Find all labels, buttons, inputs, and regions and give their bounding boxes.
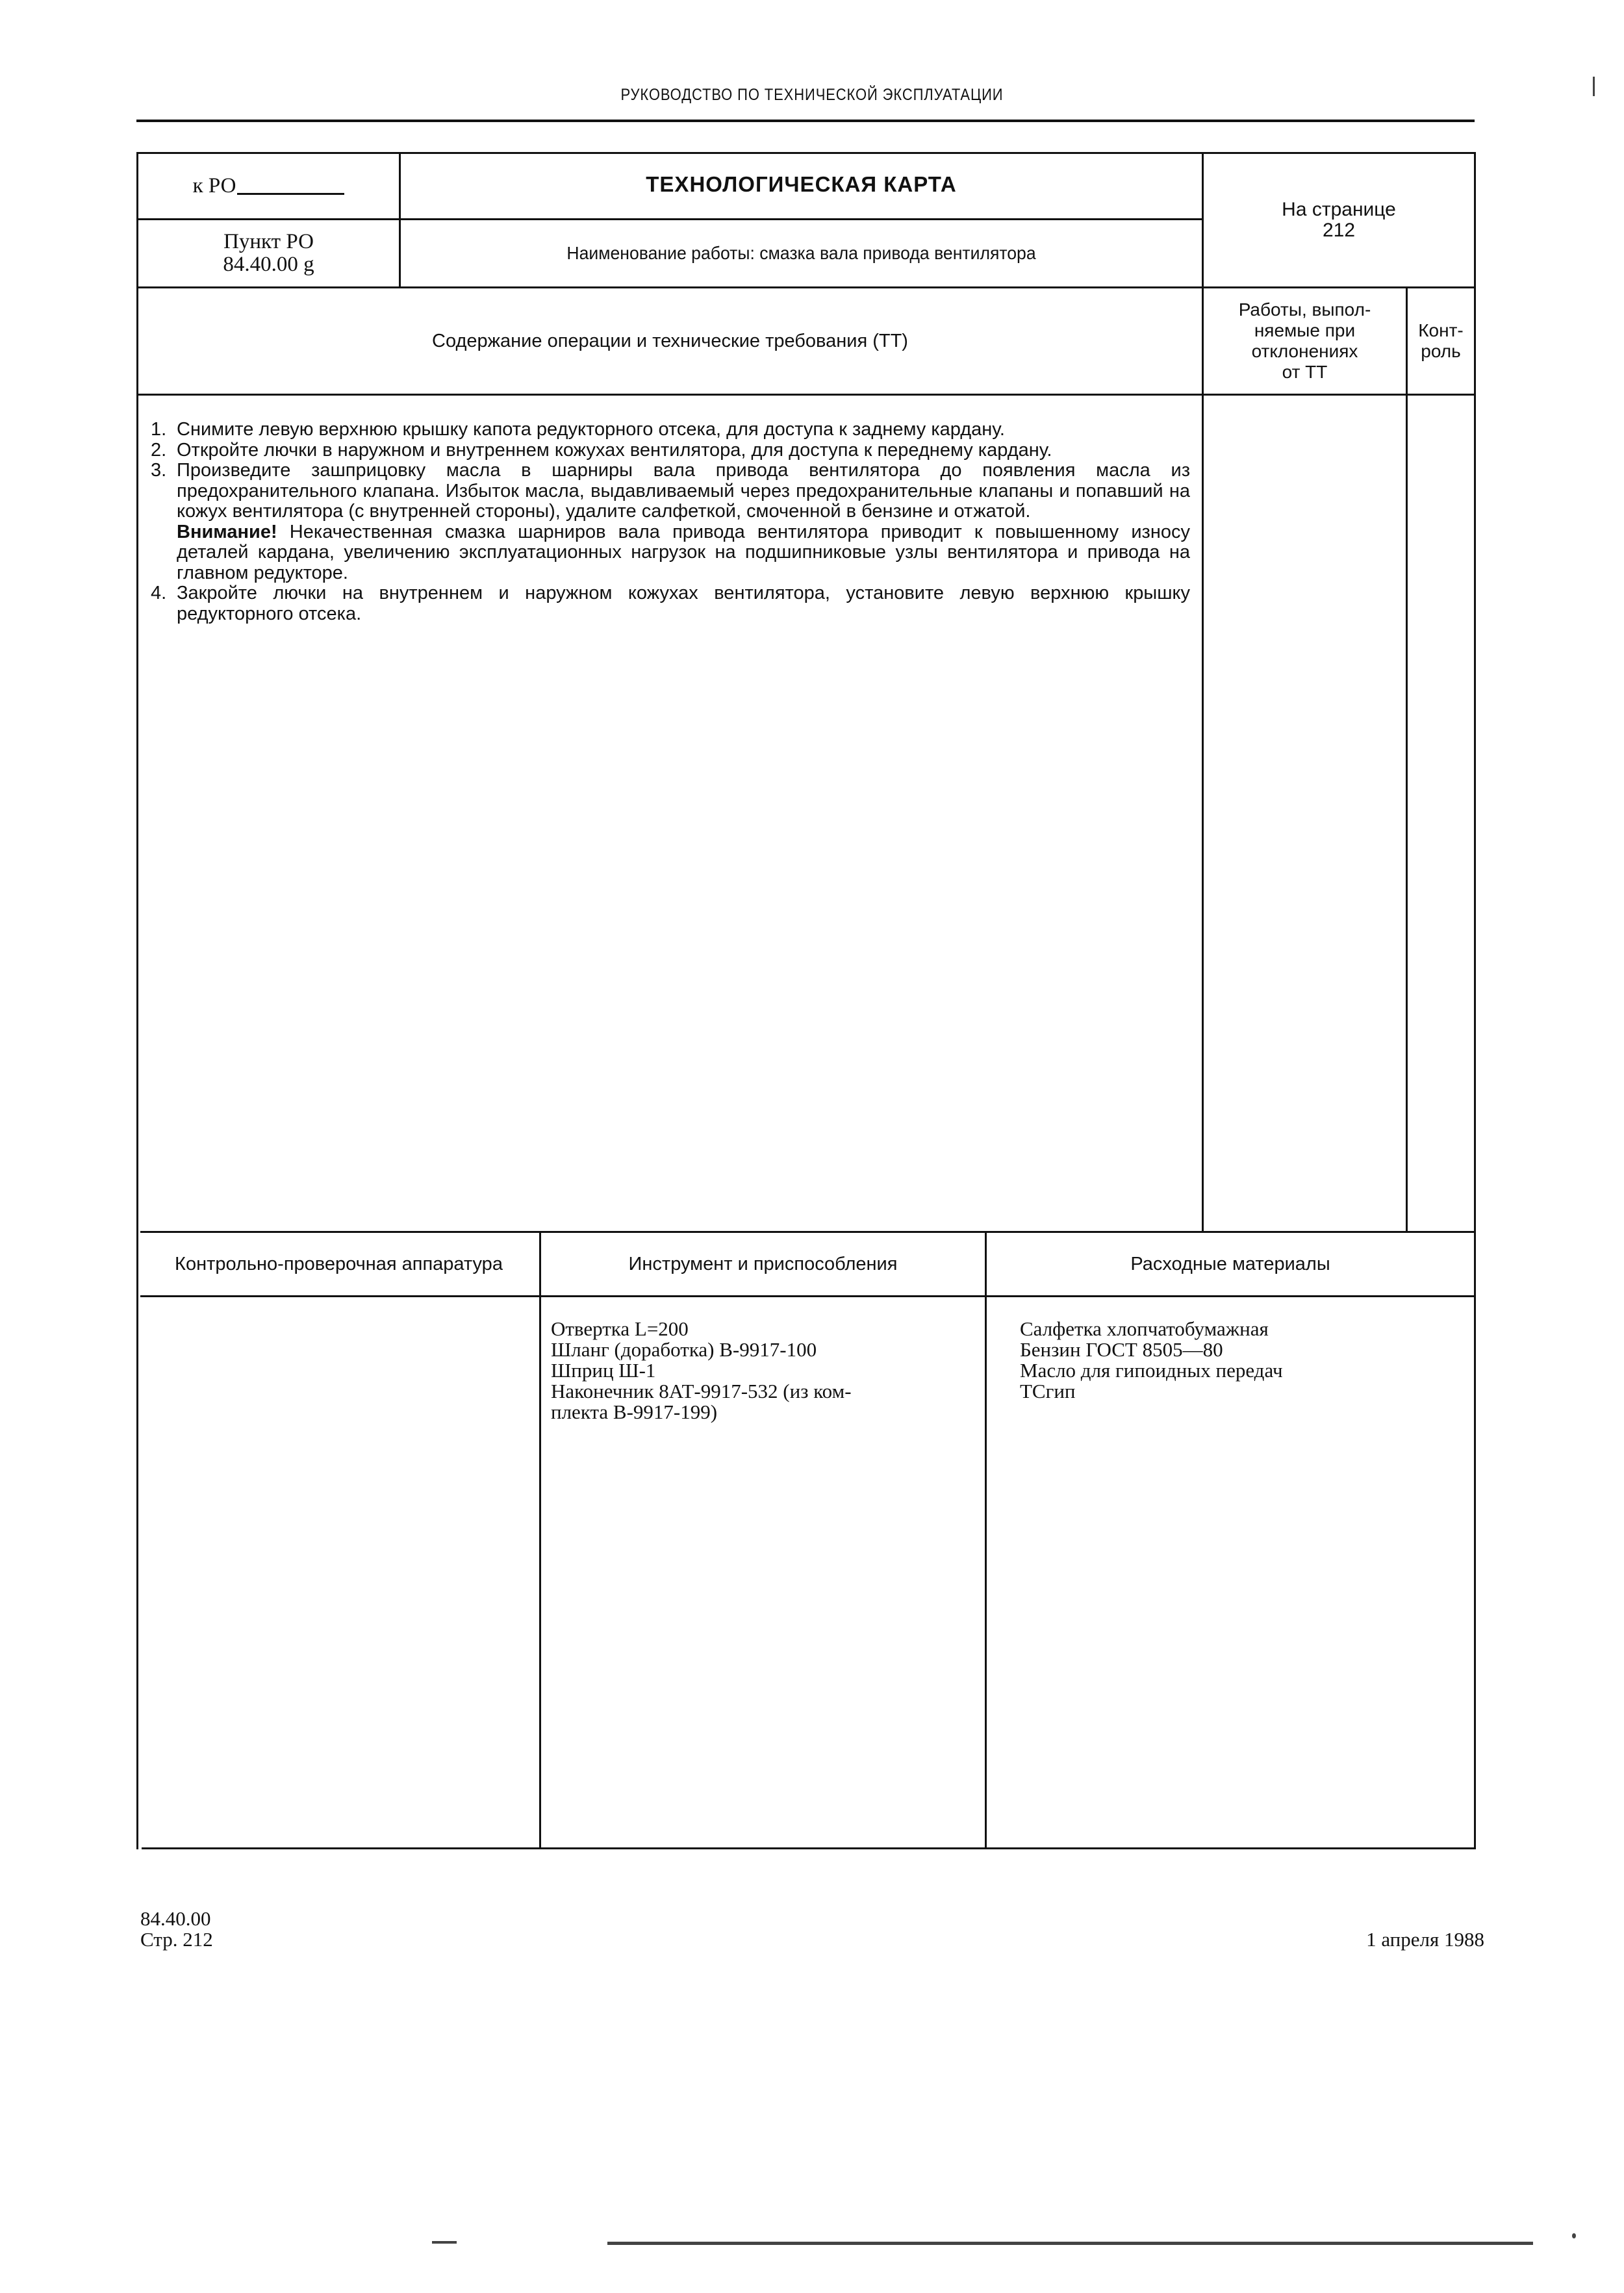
materials-header: Расходные материалы [987, 1233, 1474, 1295]
page-ref-number: 212 [1323, 220, 1355, 241]
tools-header: Инструмент и приспособления [541, 1233, 985, 1295]
operation-item-3: 3. Произведите зашприцовку масла в шарни… [151, 461, 1190, 522]
tool-item: плекта В-9917-199) [551, 1402, 980, 1423]
material-item: ТСгип [1020, 1381, 1462, 1402]
control-column-header: Конт- роль [1408, 288, 1474, 394]
operation-item-2: 2. Откройте лючки в наружном и внутренне… [151, 440, 1190, 461]
footer-left: 84.40.00 Стр. 212 [140, 1908, 213, 1950]
header-rule [136, 120, 1475, 122]
table-right-border [1474, 152, 1476, 1849]
footer-page: Стр. 212 [140, 1929, 213, 1950]
warning-text: Некачественная смазка шарниров вала прив… [177, 522, 1190, 583]
ref-po-label: к РО [193, 175, 236, 197]
bottom-header-border [140, 1295, 1476, 1297]
columns-header-bottom [138, 394, 1476, 396]
bottom-col2-divider [985, 1231, 987, 1849]
page-ref-label: На странице [1282, 199, 1396, 220]
operation-item-4: 4. Закройте лючки на внутреннем и наружн… [151, 583, 1190, 624]
material-item: Масло для гипоидных передач [1020, 1360, 1462, 1381]
bottom-col1-divider [539, 1231, 541, 1849]
tool-item: Шланг (доработка) В-9917-100 [551, 1339, 980, 1360]
materials-list: Салфетка хлопчатобумажная Бензин ГОСТ 85… [1020, 1319, 1462, 1402]
footer-section: 84.40.00 [140, 1908, 213, 1929]
item-po-code: 84.40.00 g [223, 253, 314, 276]
ref-po-cell: к РО [138, 154, 399, 218]
tool-item: Шприц Ш-1 [551, 1360, 980, 1381]
table-left-border [136, 152, 138, 1849]
scan-mark [1572, 2233, 1576, 2238]
material-item: Салфетка хлопчатобумажная [1020, 1319, 1462, 1339]
operations-list: 1. Снимите левую верхнюю крышку капота р… [151, 420, 1190, 624]
item-po-label: Пункт РО [223, 231, 314, 253]
running-head: РУКОВОДСТВО ПО ТЕХНИЧЕСКОЙ ЭКСПЛУАТАЦИИ [97, 86, 1527, 105]
page-ref-cell: На странице 212 [1204, 154, 1474, 286]
card-title: ТЕХНОЛОГИЧЕСКАЯ КАРТА [401, 154, 1202, 218]
deviations-column-header: Работы, выпол- няемые при отклонениях от… [1204, 288, 1406, 394]
work-name: Наименование работы: смазка вала привода… [421, 220, 1182, 286]
footer-date: 1 апреля 1988 [1366, 1929, 1484, 1950]
control-col-divider [1406, 286, 1408, 1232]
ref-po-blank [237, 177, 344, 195]
material-item: Бензин ГОСТ 8505—80 [1020, 1339, 1462, 1360]
scan-mark [1593, 77, 1595, 96]
scan-mark [607, 2242, 1533, 2245]
content-column-header: Содержание операции и технические требов… [138, 288, 1202, 394]
tools-list: Отвертка L=200 Шланг (доработка) В-9917-… [551, 1319, 980, 1423]
warning-note: Внимание! Некачественная смазка шарниров… [151, 522, 1190, 584]
tool-item: Отвертка L=200 [551, 1319, 980, 1339]
tool-item: Наконечник 8АТ-9917-532 (из ком- [551, 1381, 980, 1402]
equipment-header: Контрольно-проверочная аппаратура [138, 1233, 539, 1295]
warning-label: Внимание! [177, 522, 277, 542]
scan-mark [432, 2241, 457, 2244]
operation-item-1: 1. Снимите левую верхнюю крышку капота р… [151, 420, 1190, 440]
table-bottom-border [142, 1847, 1476, 1849]
item-po-cell: Пункт РО 84.40.00 g [138, 220, 399, 286]
